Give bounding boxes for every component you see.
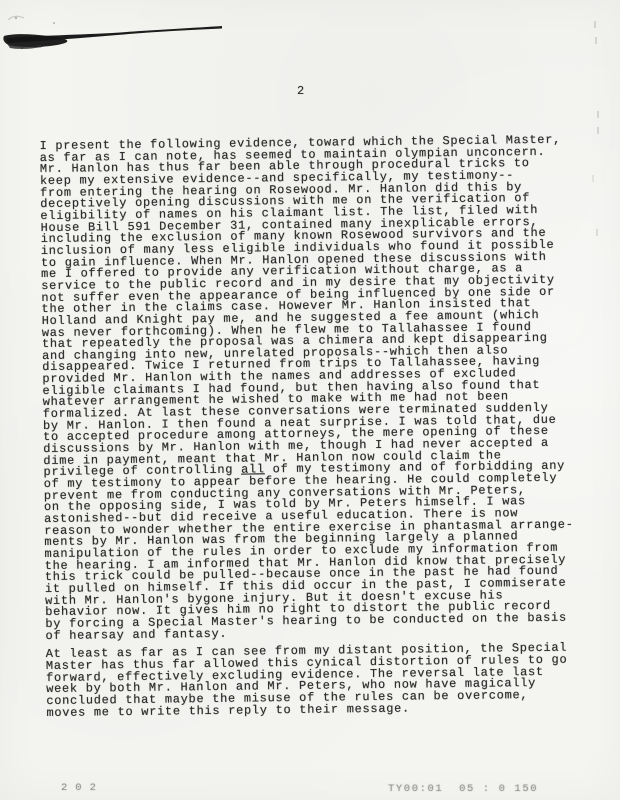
paragraph1-text-after: of my testimony and of forbidding any of… [44,459,574,643]
scan-edge-mark [596,229,598,236]
letter-body: I present the following evidence, toward… [39,134,611,719]
letter-paragraph-1: I present the following evidence, toward… [39,134,610,642]
scanned-letter-page: 2 I present the following evidence, towa… [0,0,620,800]
fax-footer-left: 202 [61,782,104,794]
letter-paragraph-2: At least as far as I can see from my dis… [46,642,612,719]
scan-edge-mark [594,21,596,28]
page-number: 2 [297,84,304,98]
scan-edge-mark [595,37,597,44]
fax-footer-right: TY00:01 05 : 0 150 [388,783,538,795]
scan-edge-mark [597,111,599,118]
paragraph1-text-before: I present the following evidence, toward… [39,133,561,480]
scan-edge-mark [592,175,594,182]
ink-smudge-artifact [2,12,238,68]
scan-edge-mark [597,127,599,134]
